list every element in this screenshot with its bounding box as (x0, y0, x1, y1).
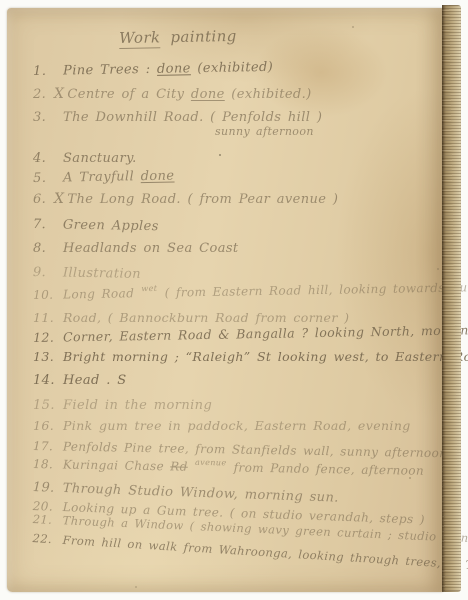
list-item: 16.Pink gum tree in paddock, Eastern Roa… (33, 419, 411, 433)
notebook-page: Workpainting 1.Pine Trees : done (exhibi… (7, 8, 443, 592)
item-text: Pink gum tree in paddock, Eastern Road, … (63, 418, 411, 433)
item-number: 7. (33, 218, 63, 233)
item-number: 16. (33, 419, 63, 433)
item-number: 3. (33, 111, 63, 125)
item-text: A Trayfull done (63, 169, 175, 186)
item-text: Headlands on Sea Coast (63, 241, 239, 256)
item-number: 9. (33, 266, 63, 281)
item-text: Penfolds Pine tree, from Stanfields wall… (63, 440, 448, 461)
page-title-rest: painting (170, 27, 237, 46)
photograph-background: Workpainting 1.Pine Trees : done (exhibi… (0, 0, 468, 600)
item-number: 14. (33, 374, 63, 388)
item-text: Long Road wet ( from Eastern Road hill, … (63, 279, 468, 301)
item-text: Pine Trees : done (exhibited) (63, 60, 273, 79)
list-item: 12.Corner, Eastern Road & Bangalla ? loo… (33, 323, 468, 344)
item-number: 21. (32, 513, 63, 527)
list-item: 8.Headlands on Sea Coast (33, 242, 239, 256)
item-number: 1. (33, 64, 63, 79)
list-item: 15.Field in the morning (33, 399, 212, 413)
item-text: Centre of a City done (exhibited.) (67, 87, 311, 102)
list-item: 13.Bright morning ; “Raleigh” St looking… (33, 350, 468, 364)
item-number: 22. (32, 532, 63, 546)
item-text: Field in the morning (63, 398, 212, 413)
pencil-speck (219, 154, 221, 156)
item-text: The Downhill Road. ( Penfolds hill ) (63, 110, 322, 125)
item-subnote: sunny afternoon (215, 126, 314, 138)
list-item: 4.Sanctuary. (33, 152, 137, 166)
item-number: 17. (33, 440, 63, 454)
book-binding-edge (442, 5, 461, 592)
crossed-x-mark: X (54, 192, 64, 207)
list-item: 5.A Trayfull done (33, 170, 175, 187)
list-item: 7.Green Apples (33, 218, 159, 234)
item-number: 19. (33, 481, 63, 496)
item-number: 10. (33, 288, 63, 302)
list-item: 11.Road, ( Bannockburn Road from corner … (33, 311, 349, 325)
list-item: 14.Head . S (33, 374, 127, 388)
item-number: 5. (33, 171, 63, 186)
item-text: Road, ( Bannockburn Road from corner ) (63, 310, 349, 325)
list-item: 3.The Downhill Road. ( Penfolds hill )su… (33, 111, 322, 125)
item-text: Green Apples (63, 218, 159, 235)
item-text: The Long Road. ( from Pear avenue ) (67, 192, 338, 207)
crossed-x-mark: X (54, 87, 64, 102)
item-text: Kuringai Chase Rd avenue from Pando fenc… (63, 458, 424, 478)
item-number: 11. (33, 311, 63, 325)
item-text: Head . S (63, 373, 127, 388)
item-text: Bright morning ; “Raleigh” St looking we… (63, 349, 468, 364)
list-item: 1.Pine Trees : done (exhibited) (33, 61, 273, 79)
page-title-underlined-word: Work (119, 28, 161, 49)
item-number: 13. (33, 350, 63, 364)
item-number: 8. (33, 242, 63, 256)
list-item: 18.Kuringai Chase Rd avenue from Pando f… (33, 458, 424, 478)
item-text: Sanctuary. (63, 151, 137, 166)
item-text: Corner, Eastern Road & Bangalla ? lookin… (63, 322, 468, 344)
item-number: 15. (33, 399, 63, 413)
item-text: Illustration (63, 266, 141, 282)
page-title: Workpainting (119, 28, 237, 47)
list-item: 2.XCentre of a City done (exhibited.) (33, 87, 312, 102)
list-item: 6.XThe Long Road. ( from Pear avenue ) (33, 192, 338, 207)
item-number: 18. (33, 458, 63, 472)
list-item: 9.Illustration (33, 266, 141, 282)
item-number: 12. (33, 330, 63, 344)
list-item: 10.Long Road wet ( from Eastern Road hil… (33, 280, 468, 302)
item-number: 4. (33, 152, 63, 166)
